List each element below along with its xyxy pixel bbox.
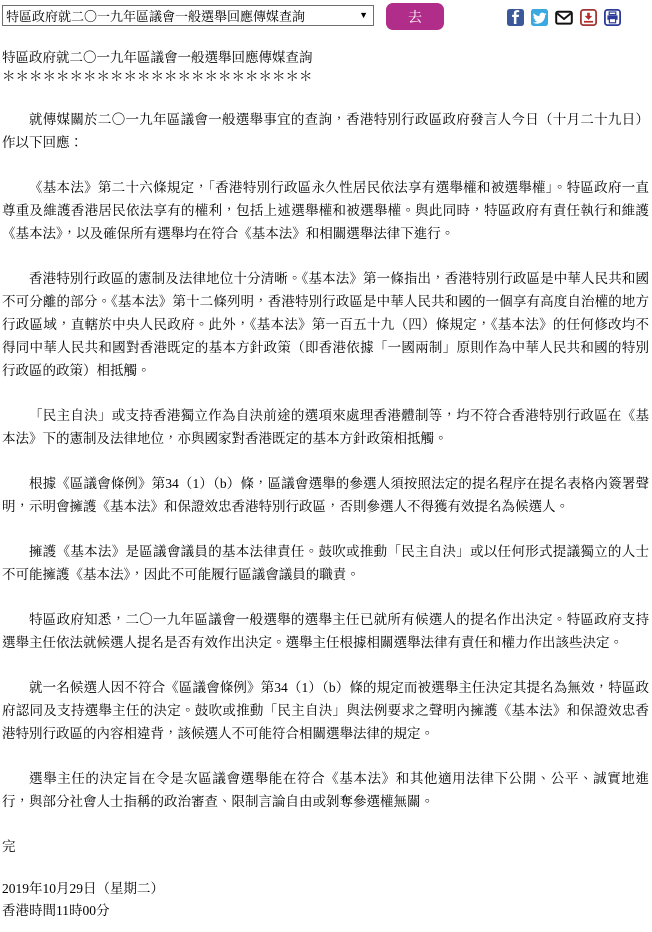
paragraph: 根據《區議會條例》第34（1）（b）條，區議會選舉的參選人須按照法定的提名程序在…: [2, 472, 649, 518]
go-button[interactable]: 去: [386, 3, 444, 30]
select-selected-value: 特區政府就二〇一九年區議會一般選舉回應傳媒查詢: [6, 6, 305, 25]
release-date: 2019年10月29日（星期二）: [2, 878, 649, 900]
release-time: 香港時間11時00分: [2, 900, 649, 922]
press-release-article: 特區政府就二〇一九年區議會一般選舉回應傳媒查詢 ＊＊＊＊＊＊＊＊＊＊＊＊＊＊＊＊…: [2, 48, 649, 922]
header-toolbar: 特區政府就二〇一九年區議會一般選舉回應傳媒查詢 ▼ 去: [2, 3, 649, 33]
paragraph: 選舉主任的決定旨在令是次區議會選舉能在符合《基本法》和其他適用法律下公開、公平、…: [2, 767, 649, 813]
release-datetime: 2019年10月29日（星期二） 香港時間11時00分: [2, 878, 649, 922]
paragraph: 「民主自決」或支持香港獨立作為自決前途的選項來處理香港體制等，均不符合香港特別行…: [2, 404, 649, 450]
press-release-page: 特區政府就二〇一九年區議會一般選舉回應傳媒查詢 ▼ 去: [0, 0, 652, 932]
paragraph: 特區政府知悉，二〇一九年區議會一般選舉的選舉主任已就所有候選人的提名作出決定。特…: [2, 608, 649, 654]
chevron-down-icon: ▼: [359, 11, 368, 20]
end-mark: 完: [2, 835, 649, 858]
download-icon[interactable]: [580, 9, 597, 26]
paragraph: 擁護《基本法》是區議會議員的基本法律責任。鼓吹或推動「民主自決」或以任何形式提議…: [2, 540, 649, 586]
email-icon[interactable]: [555, 9, 573, 26]
twitter-icon[interactable]: [531, 9, 548, 26]
share-icons: [507, 9, 621, 26]
article-title: 特區政府就二〇一九年區議會一般選舉回應傳媒查詢: [2, 48, 649, 67]
paragraph: 《基本法》第二十六條規定，「香港特別行政區永久性居民依法享有選舉權和被選舉權」。…: [2, 176, 649, 245]
title-separator: ＊＊＊＊＊＊＊＊＊＊＊＊＊＊＊＊＊＊＊＊＊＊＊: [2, 67, 649, 86]
print-icon[interactable]: [604, 9, 621, 26]
facebook-icon[interactable]: [507, 9, 524, 26]
paragraph: 就一名候選人因不符合《區議會條例》第34（1）（b）條的規定而被選舉主任決定其提…: [2, 676, 649, 745]
press-release-select[interactable]: 特區政府就二〇一九年區議會一般選舉回應傳媒查詢 ▼: [2, 5, 374, 26]
paragraph: 就傳媒關於二〇一九年區議會一般選舉事宜的查詢，香港特別行政區政府發言人今日（十月…: [2, 108, 649, 154]
paragraph: 香港特別行政區的憲制及法律地位十分清晰。《基本法》第一條指出，香港特別行政區是中…: [2, 267, 649, 382]
